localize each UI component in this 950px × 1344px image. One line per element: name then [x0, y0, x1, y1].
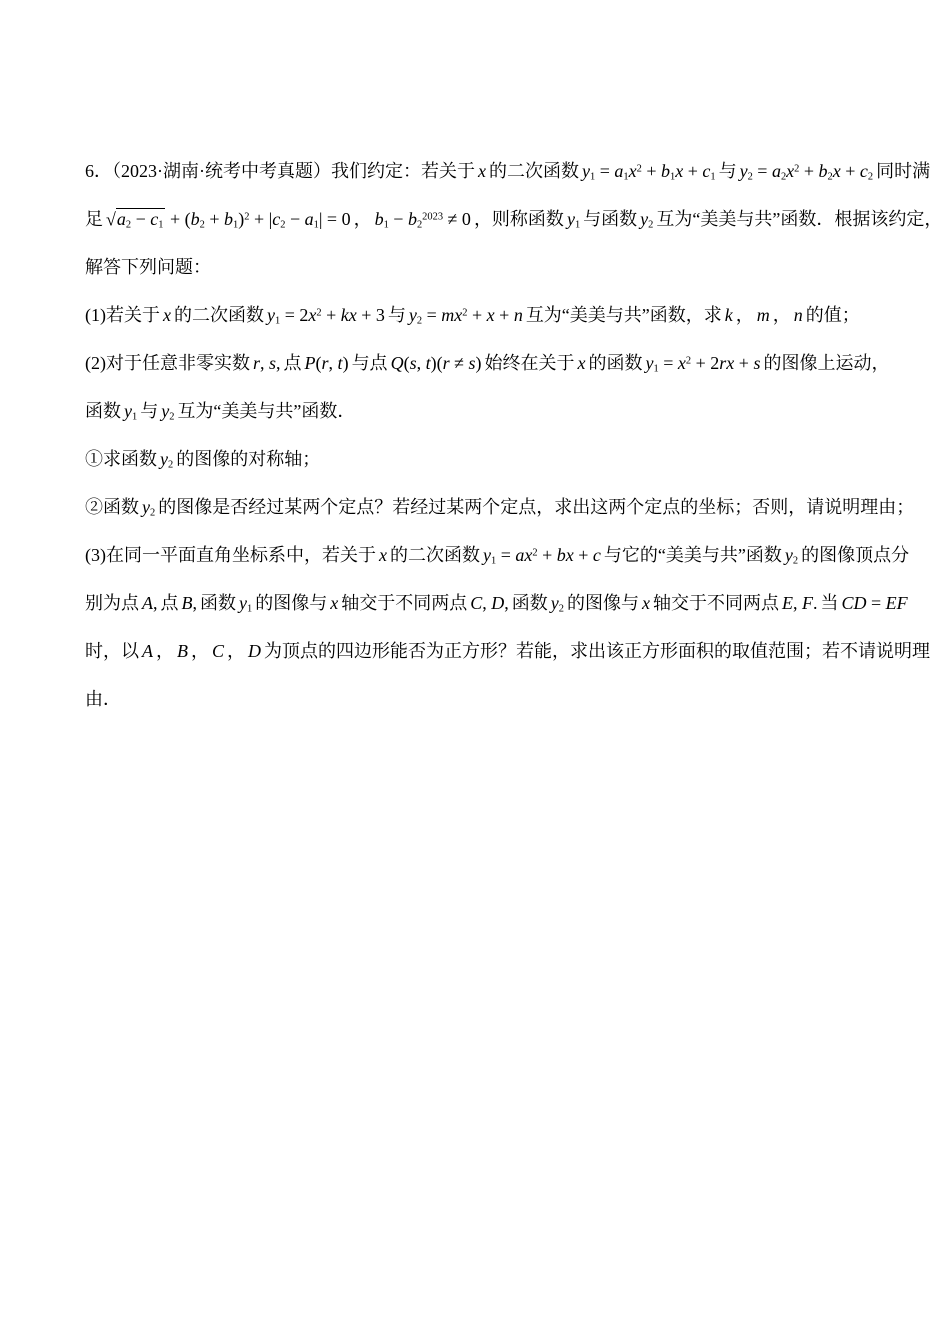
- text-run: 函数: [85, 401, 121, 421]
- math-run: E, F.: [782, 593, 818, 613]
- text-run: 轴交于不同两点: [341, 593, 467, 613]
- text-run: ，: [227, 641, 245, 661]
- math-run: D: [248, 641, 261, 661]
- text-line: 6．（2023·湖南·统考中考真题）我们约定：若关于x的二次函数y1 = a1x…: [85, 147, 880, 195]
- text-run: ，: [354, 209, 372, 229]
- text-run: 的图像的对称轴；: [176, 449, 320, 469]
- text-run: 的图像与: [255, 593, 327, 613]
- math-run: y1 = x2 + 2rx + s: [646, 353, 761, 373]
- text-run: 的图像上运动，: [763, 353, 889, 373]
- math-run: y1 = 2x2 + kx + 3: [267, 305, 385, 325]
- math-run: y2 = mx2 + x + n: [409, 305, 523, 325]
- text-run: 由．: [85, 689, 121, 709]
- math-run: C: [212, 641, 224, 661]
- text-run: 轴交于不同两点: [653, 593, 779, 613]
- math-run: Q(s, t)(r ≠ s): [391, 353, 482, 373]
- text-run: 与: [140, 401, 158, 421]
- text-run: 的函数: [589, 353, 643, 373]
- text-run: 点: [284, 353, 302, 373]
- text-run: 时，以: [85, 641, 139, 661]
- math-run: y1: [567, 209, 580, 229]
- text-line: 时，以A，B，C，D为顶点的四边形能否为正方形？若能，求出该正方形面积的取值范围…: [85, 627, 880, 675]
- text-run: 的图像是否经过某两个定点？若经过某两个定点，求出这两个定点的坐标；否则，请说明理…: [158, 497, 914, 517]
- problem-body: 6．（2023·湖南·统考中考真题）我们约定：若关于x的二次函数y1 = a1x…: [85, 147, 880, 723]
- text-run: (2)对于任意非零实数: [85, 353, 250, 373]
- text-run: ，: [191, 641, 209, 661]
- text-run: (1)若关于: [85, 305, 160, 325]
- math-run: b1 − b22023 ≠ 0: [375, 209, 471, 229]
- math-run: CD = EF: [841, 593, 907, 613]
- text-line: 足√a2 − c1 + (b2 + b1)2 + |c2 − a1| = 0，b…: [85, 195, 880, 243]
- text-line: (1)若关于x的二次函数y1 = 2x2 + kx + 3与y2 = mx2 +…: [85, 291, 880, 339]
- text-run: 为顶点的四边形能否为正方形？若能，求出该正方形面积的取值范围；若不请说明理: [264, 641, 930, 661]
- text-run: 当: [820, 593, 838, 613]
- text-run: ，: [736, 305, 754, 325]
- text-line: 函数y1与y2互为“美美与共”函数．: [85, 387, 880, 435]
- math-run: P(r, t): [305, 353, 349, 373]
- text-run: 与: [388, 305, 406, 325]
- math-run: C, D,: [470, 593, 509, 613]
- text-line: 别为点A,点B,函数y1的图像与x轴交于不同两点C, D,函数y2的图像与x轴交…: [85, 579, 880, 627]
- text-run: 函数: [512, 593, 548, 613]
- text-run: 互为“美美与共”函数．: [177, 401, 355, 421]
- text-run: 函数: [200, 593, 236, 613]
- math-run: y2: [551, 593, 564, 613]
- math-run: A: [142, 641, 153, 661]
- math-run: x: [163, 305, 171, 325]
- text-run: (3)在同一平面直角坐标系中，若关于: [85, 545, 376, 565]
- text-line: ①求函数y2的图像的对称轴；: [85, 435, 880, 483]
- math-run: y1 = a1x2 + b1x + c1: [582, 161, 716, 181]
- sqrt-expression: √a2 − c1: [106, 209, 165, 229]
- text-run: 的图像与: [567, 593, 639, 613]
- text-run: 的二次函数: [489, 161, 579, 181]
- text-run: 点: [161, 593, 179, 613]
- math-run: A,: [142, 593, 158, 613]
- math-run: B,: [182, 593, 198, 613]
- text-run: 别为点: [85, 593, 139, 613]
- text-run: ，则称函数: [474, 209, 564, 229]
- math-run: n: [794, 305, 803, 325]
- text-run: 的二次函数: [390, 545, 480, 565]
- text-run: 与: [719, 161, 737, 181]
- text-line: ②函数y2的图像是否经过某两个定点？若经过某两个定点，求出这两个定点的坐标；否则…: [85, 483, 880, 531]
- text-run: ，: [773, 305, 791, 325]
- text-run: 解答下列问题：: [85, 257, 211, 277]
- math-run: x: [478, 161, 486, 181]
- math-run: y1 = ax2 + bx + c: [483, 545, 601, 565]
- text-run: ②函数: [85, 497, 139, 517]
- document-page: 6．（2023·湖南·统考中考真题）我们约定：若关于x的二次函数y1 = a1x…: [0, 0, 950, 1344]
- math-run: y2 = a2x2 + b2x + c2: [740, 161, 874, 181]
- text-run: 同时满: [876, 161, 930, 181]
- text-line: 解答下列问题：: [85, 243, 880, 291]
- math-run: r, s,: [253, 353, 281, 373]
- text-run: ①求函数: [85, 449, 157, 469]
- text-run: 与点: [352, 353, 388, 373]
- text-run: 与函数: [583, 209, 637, 229]
- math-run: y1: [239, 593, 252, 613]
- text-run: 的图像顶点分: [801, 545, 909, 565]
- text-run: 的二次函数: [174, 305, 264, 325]
- text-run: ，: [156, 641, 174, 661]
- text-line: (3)在同一平面直角坐标系中，若关于x的二次函数y1 = ax2 + bx + …: [85, 531, 880, 579]
- text-run: 足: [85, 209, 103, 229]
- math-run: y2: [640, 209, 653, 229]
- math-run: x: [379, 545, 387, 565]
- math-run: x: [578, 353, 586, 373]
- math-run: m: [757, 305, 770, 325]
- math-run: y2: [160, 449, 173, 469]
- math-run: k: [725, 305, 733, 325]
- math-run: y1: [124, 401, 137, 421]
- text-line: 由．: [85, 675, 880, 723]
- text-run: 与它的“美美与共”函数: [604, 545, 782, 565]
- math-run: x: [330, 593, 338, 613]
- math-run: x: [642, 593, 650, 613]
- text-run: 互为“美美与共”函数，求: [526, 305, 722, 325]
- math-run: y2: [142, 497, 155, 517]
- text-run: 始终在关于: [485, 353, 575, 373]
- math-run: √a2 − c1 + (b2 + b1)2 + |c2 − a1| = 0: [106, 209, 351, 229]
- math-run: B: [177, 641, 188, 661]
- radical-sign: √: [106, 196, 116, 244]
- math-run: y2: [161, 401, 174, 421]
- text-run: 6．（2023·湖南·统考中考真题）我们约定：若关于: [85, 161, 475, 181]
- text-line: (2)对于任意非零实数r, s,点P(r, t)与点Q(s, t)(r ≠ s)…: [85, 339, 880, 387]
- text-run: 互为“美美与共”函数．根据该约定，: [656, 209, 942, 229]
- math-run: y2: [785, 545, 798, 565]
- text-run: 的值；: [806, 305, 860, 325]
